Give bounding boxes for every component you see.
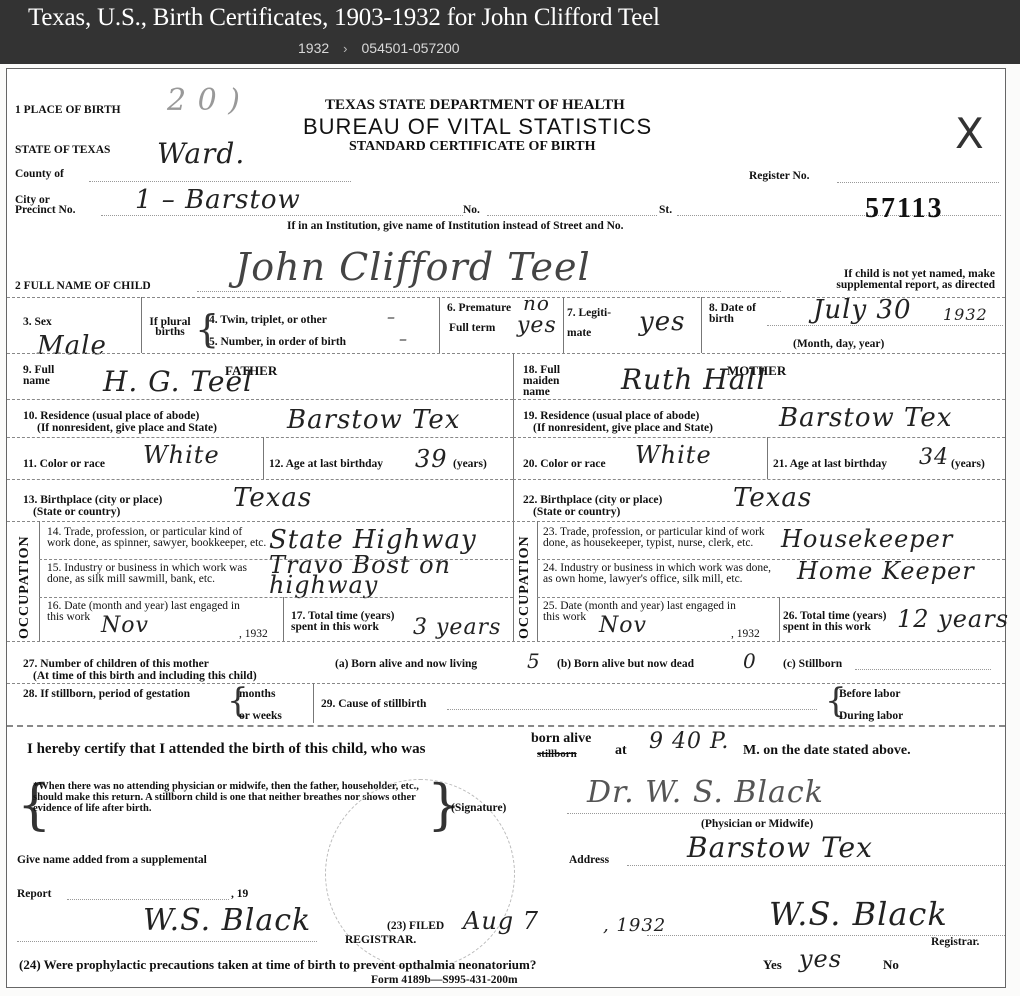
value-order: – bbox=[399, 329, 408, 348]
label-occupation-mother: OCCUPATION bbox=[517, 531, 533, 639]
label-state: STATE OF TEXAS bbox=[15, 145, 110, 156]
label-father-race: 11. Color or race bbox=[23, 459, 105, 470]
not-named-note: If child is not yet named, make suppleme… bbox=[789, 269, 995, 291]
label-father-total: 17. Total time (years) spent in this wor… bbox=[291, 611, 421, 633]
label-order: 5. Number, in order of birth bbox=[209, 337, 346, 348]
value-mother-birthplace: Texas bbox=[733, 483, 812, 513]
value-mother-year: , 1932 bbox=[731, 629, 760, 640]
label-mother-trade: 23. Trade, profession, or particular kin… bbox=[543, 527, 779, 549]
value-address: Barstow Tex bbox=[687, 831, 873, 864]
record-header: Texas, U.S., Birth Certificates, 1903-19… bbox=[0, 0, 1020, 64]
document-viewer[interactable]: 1 PLACE OF BIRTH 2 0 ) TEXAS STATE DEPAR… bbox=[0, 64, 1020, 996]
label-mother-age: 21. Age at last birthday bbox=[773, 459, 887, 470]
value-mother-industry: Home Keeper bbox=[797, 557, 975, 585]
label-mother-total: 26. Total time (years) spent in this wor… bbox=[783, 611, 903, 633]
value-county: Ward. bbox=[157, 137, 245, 170]
value-filed-year: , 1932 bbox=[603, 915, 666, 936]
label-signature: (Signature) bbox=[451, 803, 506, 814]
value-twin: – bbox=[387, 307, 396, 326]
label-premature: 6. Premature bbox=[447, 303, 511, 314]
value-father-name: H. G. Teel bbox=[103, 365, 253, 398]
birth-certificate-image: 1 PLACE OF BIRTH 2 0 ) TEXAS STATE DEPAR… bbox=[6, 68, 1006, 988]
value-mother-trade: Housekeeper bbox=[781, 525, 953, 553]
label-father-industry: 15. Industry or business in which work w… bbox=[47, 563, 267, 585]
value-father-year: , 1932 bbox=[239, 629, 268, 640]
heading-certificate: STANDARD CERTIFICATE OF BIRTH bbox=[349, 139, 596, 155]
value-city: 1 – Barstow bbox=[135, 185, 301, 215]
label-father-residence-2: (If nonresident, give place and State) bbox=[37, 423, 217, 434]
value-dob-year: 1932 bbox=[943, 305, 988, 324]
label-city: City or Precinct No. bbox=[15, 195, 85, 215]
value-father-residence: Barstow Tex bbox=[287, 405, 460, 435]
label-father-age: 12. Age at last birthday bbox=[269, 459, 383, 470]
breadcrumb-year[interactable]: 1932 bbox=[298, 40, 329, 56]
heading-dept: TEXAS STATE DEPARTMENT OF HEALTH bbox=[325, 97, 625, 114]
label-father-years: (years) bbox=[453, 459, 487, 470]
value-mother-age: 34 bbox=[919, 445, 949, 470]
value-mother-race: White bbox=[635, 441, 712, 469]
dob-hint: (Month, day, year) bbox=[793, 339, 884, 350]
label-stillborn: (c) Stillborn bbox=[783, 659, 842, 670]
value-father-race: White bbox=[143, 441, 220, 469]
value-child-name: John Clifford Teel bbox=[235, 245, 591, 289]
label-gestation: 28. If stillborn, period of gestation bbox=[23, 689, 190, 700]
value-time: 9 40 P. bbox=[649, 729, 729, 754]
label-county: County of bbox=[15, 169, 64, 180]
value-signature: Dr. W. S. Black bbox=[587, 775, 824, 810]
option-born-alive: born alive bbox=[531, 733, 591, 744]
heading-bureau: BUREAU OF VITAL STATISTICS bbox=[303, 114, 652, 140]
label-full-term: Full term bbox=[449, 323, 495, 334]
value-father-birthplace: Texas bbox=[233, 483, 312, 513]
label-mother-state: (State or country) bbox=[533, 507, 620, 518]
label-father-residence: 10. Residence (usual place of abode) bbox=[23, 411, 199, 422]
value-dob: July 30 bbox=[813, 295, 912, 325]
label-months: months bbox=[239, 689, 275, 700]
label-registrar-caps: REGISTRAR. bbox=[345, 935, 416, 946]
value-registrar-right: W.S. Black bbox=[769, 895, 948, 933]
label-father-state: (State or country) bbox=[33, 507, 120, 518]
value-mother-total: 12 years bbox=[897, 605, 1009, 633]
breadcrumb-separator-icon: › bbox=[343, 41, 347, 56]
label-father-trade: 14. Trade, profession, or particular kin… bbox=[47, 527, 267, 549]
value-legitimate: yes bbox=[639, 307, 685, 337]
value-registrar-left: W.S. Black bbox=[143, 903, 311, 938]
label-alive-living: (a) Born alive and now living bbox=[335, 659, 477, 670]
label-mother-race: 20. Color or race bbox=[523, 459, 606, 470]
label-prophylactic: (24) Were prophylactic precautions taken… bbox=[19, 959, 536, 970]
value-father-industry: Travo Bost on highway bbox=[269, 555, 499, 595]
label-mother-name: 18. Full maiden name bbox=[523, 365, 575, 398]
value-alive-living: 5 bbox=[527, 649, 541, 673]
value-father-age: 39 bbox=[415, 445, 448, 473]
label-address: Address bbox=[569, 855, 609, 866]
value-mother-date: Nov bbox=[599, 613, 647, 638]
label-no-option: No bbox=[883, 959, 899, 970]
value-mother-name: Ruth Hall bbox=[621, 363, 766, 396]
label-full-name: 2 FULL NAME OF CHILD bbox=[15, 281, 151, 292]
breadcrumb-range[interactable]: 054501-057200 bbox=[362, 40, 460, 56]
record-title: Texas, U.S., Birth Certificates, 1903-19… bbox=[28, 4, 660, 32]
value-alive-dead: 0 bbox=[743, 649, 757, 673]
institution-note: If in an Institution, give name of Insti… bbox=[287, 221, 624, 232]
label-alive-dead: (b) Born alive but now dead bbox=[557, 659, 694, 670]
label-father-name: 9. Full name bbox=[23, 365, 75, 387]
value-father-total: 3 years bbox=[413, 615, 501, 640]
value-father-date: Nov bbox=[101, 613, 149, 638]
value-place-scrawl: 2 0 ) bbox=[167, 83, 241, 118]
value-prophylactic: yes bbox=[799, 945, 842, 973]
label-report: Report bbox=[17, 889, 52, 900]
label-at: at bbox=[615, 745, 627, 756]
label-weeks: or weeks bbox=[239, 711, 282, 722]
label-twin: 4. Twin, triplet, or other bbox=[209, 315, 327, 326]
label-mother-residence-2: (If nonresident, give place and State) bbox=[533, 423, 713, 434]
register-number: 57113 bbox=[865, 193, 943, 225]
label-mother-birthplace: 22. Birthplace (city or place) bbox=[523, 495, 662, 506]
label-children-2: (At time of this birth and including thi… bbox=[33, 671, 257, 682]
label-father-birthplace: 13. Birthplace (city or place) bbox=[23, 495, 162, 506]
form-number: Form 4189b—S995-431-200m bbox=[371, 975, 518, 986]
certify-statement: I hereby certify that I attended the bir… bbox=[27, 741, 425, 758]
label-mother-residence: 19. Residence (usual place of abode) bbox=[523, 411, 699, 422]
label-supplemental: Give name added from a supplemental bbox=[17, 855, 207, 866]
label-dob: 8. Date of birth bbox=[709, 303, 765, 325]
certify-statement-end: M. on the date stated above. bbox=[743, 745, 911, 756]
value-mother-residence: Barstow Tex bbox=[779, 403, 952, 433]
label-sex: 3. Sex bbox=[23, 317, 52, 328]
label-legitimate: 7. Legiti- mate bbox=[567, 303, 627, 343]
label-children: 27. Number of children of this mother bbox=[23, 659, 209, 670]
corner-x-mark: X bbox=[955, 109, 984, 158]
value-sex: Male bbox=[37, 331, 107, 361]
label-cause: 29. Cause of stillbirth bbox=[321, 699, 426, 710]
label-registrar: Registrar. bbox=[931, 937, 979, 948]
option-stillborn: stillborn bbox=[537, 749, 577, 760]
label-occupation-father: OCCUPATION bbox=[17, 531, 33, 639]
label-place-of-birth: 1 PLACE OF BIRTH bbox=[15, 105, 121, 116]
value-filed-date: Aug 7 bbox=[463, 907, 539, 935]
label-no: No. bbox=[463, 205, 480, 216]
label-before-labor: Before labor bbox=[839, 689, 900, 700]
label-physician: (Physician or Midwife) bbox=[701, 819, 813, 830]
label-mother-years: (years) bbox=[951, 459, 985, 470]
label-filed: (23) FILED bbox=[387, 921, 444, 932]
value-premature: no bbox=[523, 291, 550, 315]
label-st: St. bbox=[659, 205, 672, 216]
label-plural: If plural births bbox=[147, 317, 193, 337]
breadcrumb: 1932 › 054501-057200 bbox=[298, 40, 460, 56]
label-yes: Yes bbox=[763, 959, 782, 970]
label-mother-industry: 24. Industry or business in which work w… bbox=[543, 563, 779, 585]
value-full-term: yes bbox=[517, 313, 557, 338]
label-register-no: Register No. bbox=[749, 171, 809, 182]
label-during-labor: During labor bbox=[839, 711, 903, 722]
label-nineteen: , 19 bbox=[231, 889, 248, 900]
